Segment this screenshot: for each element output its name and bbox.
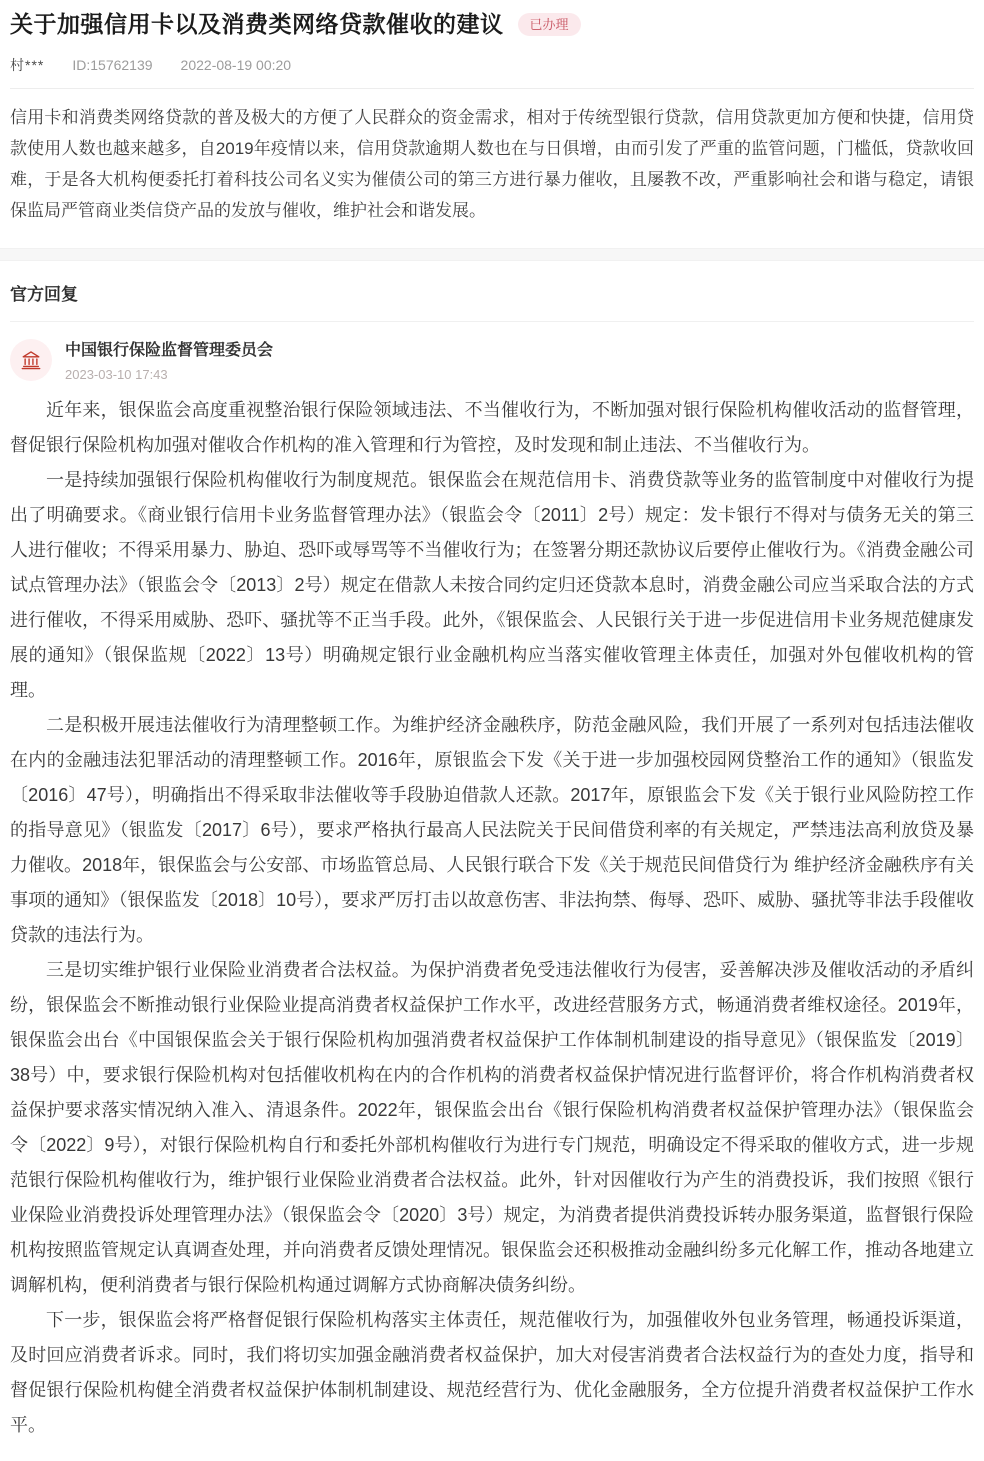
agency-row: 中国银行保险监督管理委员会 2023-03-10 17:43 <box>10 322 974 384</box>
bank-building-icon <box>20 349 42 371</box>
section-separator <box>0 248 984 261</box>
petition-page: 关于加强信用卡以及消费类网络贷款催收的建议 已办理 村*** ID:157621… <box>0 0 984 1461</box>
reply-body: 近年来，银保监会高度重视整治银行保险领域违法、不当催收行为，不断加强对银行保险机… <box>10 393 974 1461</box>
petition-time: 2022-08-19 00:20 <box>181 57 292 73</box>
petition-body: 信用卡和消费类网络贷款的普及极大的方便了人民群众的资金需求，相对于传统型银行贷款… <box>10 102 974 226</box>
reply-section-header: 官方回复 <box>10 261 974 322</box>
reply-time: 2023-03-10 17:43 <box>65 367 273 382</box>
petition-meta: 村*** ID:15762139 2022-08-19 00:20 <box>10 55 974 89</box>
petition-id: ID:15762139 <box>72 57 152 73</box>
agency-name: 中国银行保险监督管理委员会 <box>65 339 273 362</box>
status-badge: 已办理 <box>518 13 581 36</box>
agency-info: 中国银行保险监督管理委员会 2023-03-10 17:43 <box>65 339 273 382</box>
reply-paragraph: 三是切实维护银行业保险业消费者合法权益。为保护消费者免受违法催收行为侵害，妥善解… <box>10 953 974 1303</box>
reply-paragraph: 下一步，银保监会将严格督促银行保险机构落实主体责任，规范催收行为，加强催收外包业… <box>10 1303 974 1443</box>
petition-author: 村*** <box>10 55 44 75</box>
agency-avatar <box>10 339 52 381</box>
reply-paragraph: 一是持续加强银行保险机构催收行为制度规范。银保监会在规范信用卡、消费贷款等业务的… <box>10 463 974 708</box>
title-row: 关于加强信用卡以及消费类网络贷款催收的建议 已办理 <box>10 0 974 40</box>
page-title: 关于加强信用卡以及消费类网络贷款催收的建议 <box>10 10 504 40</box>
reply-paragraph: 二是积极开展违法催收行为清理整顿工作。为维护经济金融秩序，防范金融风险，我们开展… <box>10 708 974 953</box>
reply-paragraph: 近年来，银保监会高度重视整治银行保险领域违法、不当催收行为，不断加强对银行保险机… <box>10 393 974 463</box>
